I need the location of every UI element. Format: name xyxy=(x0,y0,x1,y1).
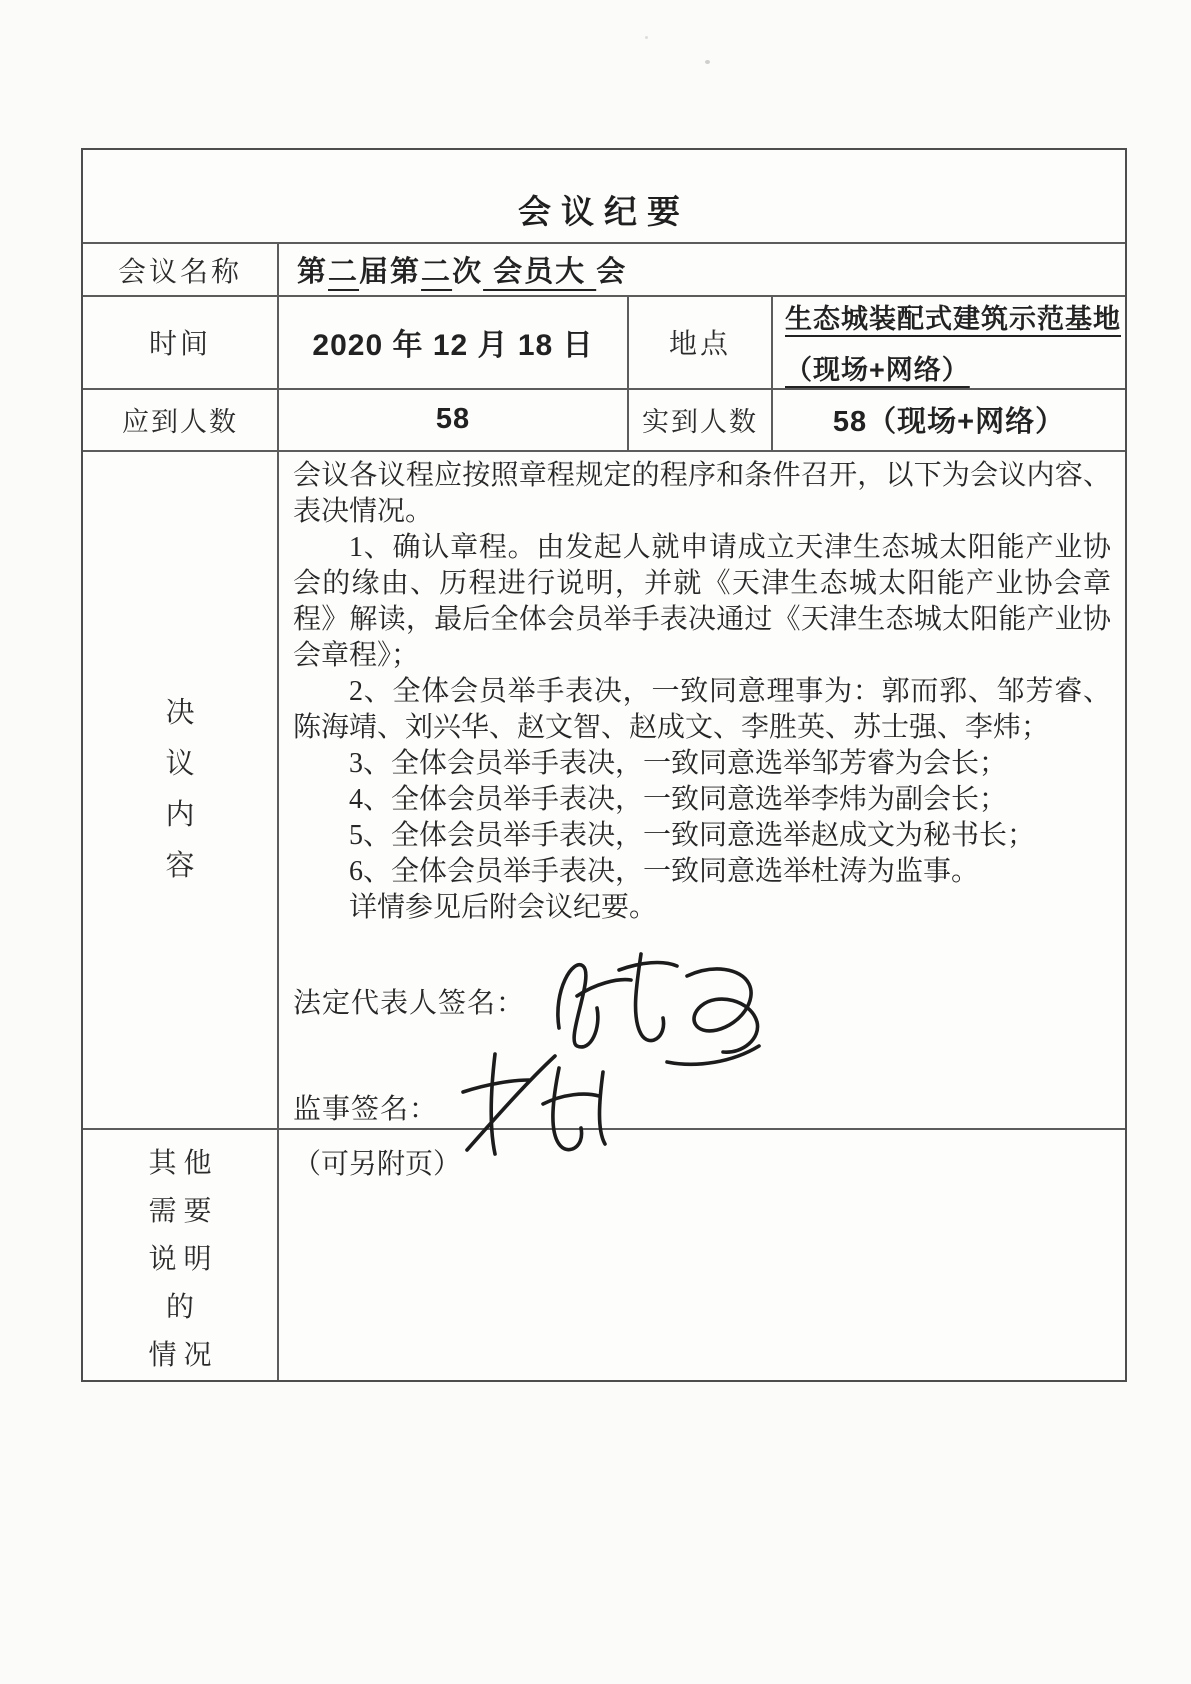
resolution-row: 决议内容 会议各议程应按照章程规定的程序和条件召开，以下为会议内容、表决情况。1… xyxy=(83,450,1125,1128)
legal-representative-signature-label: 法定代表人签名： xyxy=(293,986,525,1022)
scan-speck xyxy=(705,60,710,64)
actual-attendance-label: 实到人数 xyxy=(629,390,773,450)
supervisor-signature xyxy=(451,1046,641,1164)
expected-attendance-label: 应到人数 xyxy=(83,390,279,450)
location-line-2: （现场+网络） xyxy=(785,348,970,387)
other-notes-label: 其他需要说明的情况 xyxy=(83,1130,279,1380)
meeting-name-segment: 会员大 xyxy=(483,249,596,290)
resolution-paragraph: 4、全体会员举手表决，一致同意选举李炜为副会长； xyxy=(293,782,1111,818)
resolution-paragraph: 会议各议程应按照章程规定的程序和条件召开，以下为会议内容、表决情况。 xyxy=(293,458,1111,530)
resolution-label: 决议内容 xyxy=(83,452,279,1128)
other-label-line: 说明 xyxy=(141,1236,218,1284)
legal-representative-signature-row: 法定代表人签名： xyxy=(293,986,1111,1022)
meeting-name-segment: 二 xyxy=(421,249,452,290)
location-value: 生态城装配式建筑示范基地 （现场+网络） xyxy=(773,297,1125,387)
other-label-line: 其他 xyxy=(141,1140,218,1188)
actual-attendance-value: 58（现场+网络） xyxy=(773,390,1125,450)
supervisor-signature-row: 监事签名： xyxy=(293,1092,1111,1128)
attendance-row: 应到人数 58 实到人数 58（现场+网络） xyxy=(83,388,1125,450)
resolution-label-char: 决 xyxy=(165,688,194,739)
time-location-row: 时间 2020 年 12 月 18 日 地点 生态城装配式建筑示范基地 （现场+… xyxy=(83,295,1125,387)
resolution-content: 会议各议程应按照章程规定的程序和条件召开，以下为会议内容、表决情况。1、确认章程… xyxy=(279,452,1125,1128)
other-label-line: 情况 xyxy=(141,1332,218,1380)
meeting-name-segment: 第 xyxy=(297,249,328,290)
expected-attendance-value: 58 xyxy=(279,390,629,450)
resolution-paragraph: 5、全体会员举手表决，一致同意选举赵成文为秘书长； xyxy=(293,818,1111,854)
resolution-paragraph: 6、全体会员举手表决，一致同意选举杜涛为监事。 xyxy=(293,854,1111,890)
resolution-paragraph: 详情参见后附会议纪要。 xyxy=(293,890,1111,926)
resolution-paragraph: 1、确认章程。由发起人就申请成立天津生态城太阳能产业协会的缘由、历程进行说明，并… xyxy=(293,530,1111,674)
meeting-name-value: 第二届第二次 会员大 会 xyxy=(279,244,1125,295)
other-label-line: 的 xyxy=(159,1284,201,1332)
meeting-name-segment: 二 xyxy=(328,249,359,290)
meeting-name-segment: 会 xyxy=(596,249,627,290)
time-value: 2020 年 12 月 18 日 xyxy=(279,297,629,387)
other-notes-value: （可另附页） xyxy=(293,1149,461,1180)
location-line-1: 生态城装配式建筑示范基地 xyxy=(785,297,1121,336)
resolution-paragraph: 3、全体会员举手表决，一致同意选举邹芳睿为会长； xyxy=(293,746,1111,782)
meeting-name-segment: 届第 xyxy=(359,249,421,290)
time-label: 时间 xyxy=(83,297,279,387)
meeting-minutes-table: 会议纪要 会议名称 第二届第二次 会员大 会 时间 2020 年 12 月 18… xyxy=(81,148,1127,1382)
resolution-paragraphs: 会议各议程应按照章程规定的程序和条件召开，以下为会议内容、表决情况。1、确认章程… xyxy=(293,458,1111,926)
other-label-line: 需要 xyxy=(141,1188,218,1236)
meeting-name-row: 会议名称 第二届第二次 会员大 会 xyxy=(83,242,1125,295)
document-title: 会议纪要 xyxy=(83,150,1125,242)
resolution-paragraph: 2、全体会员举手表决，一致同意理事为：郭而郛、邹芳睿、陈海靖、刘兴华、赵文智、赵… xyxy=(293,674,1111,746)
title-row: 会议纪要 xyxy=(83,150,1125,242)
other-notes-row: 其他需要说明的情况 （可另附页） xyxy=(83,1128,1125,1380)
scan-speck xyxy=(645,36,648,39)
resolution-label-char: 内 xyxy=(165,790,194,841)
resolution-label-char: 容 xyxy=(165,841,194,892)
resolution-label-char: 议 xyxy=(165,739,194,790)
supervisor-signature-label: 监事签名： xyxy=(293,1092,438,1128)
other-notes-cell: （可另附页） xyxy=(279,1130,1125,1380)
meeting-name-segment: 次 xyxy=(452,249,483,290)
meeting-name-label: 会议名称 xyxy=(83,244,279,295)
location-label: 地点 xyxy=(629,297,773,387)
